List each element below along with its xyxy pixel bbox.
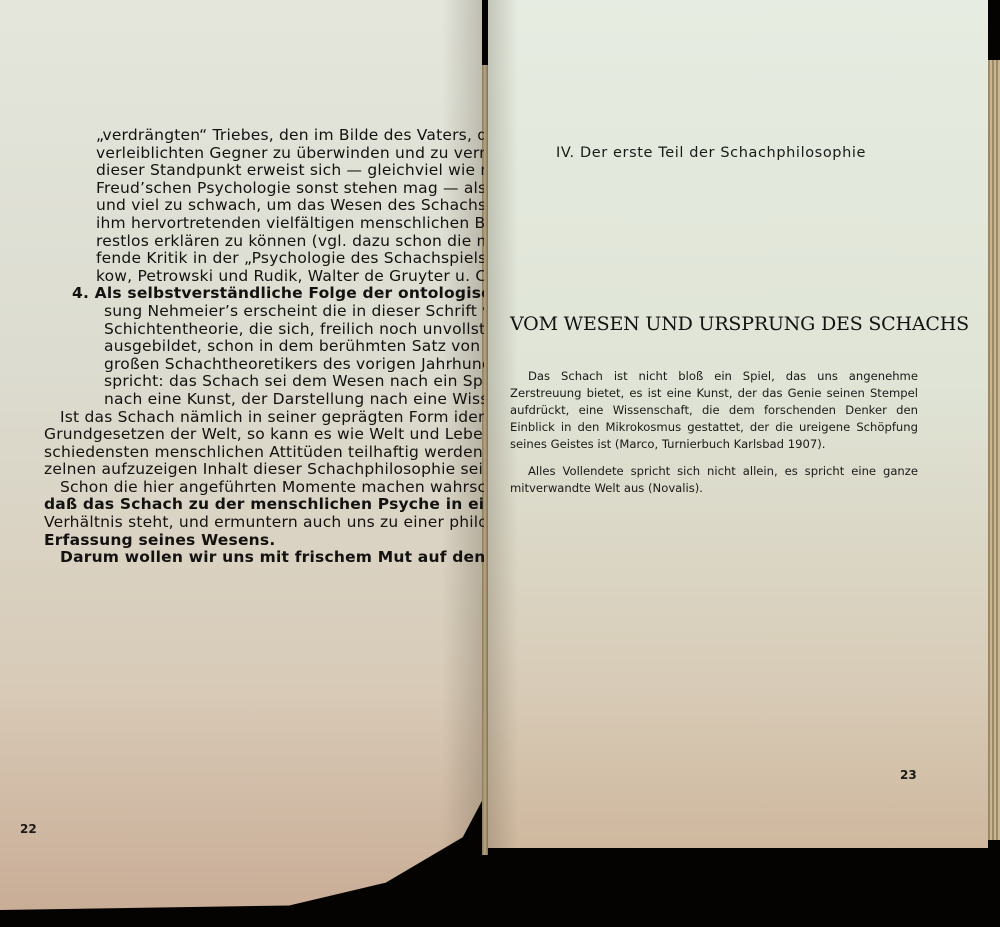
text-line: Freud’schen Psychologie sonst stehen mag… (44, 180, 484, 198)
page-number-right: 23 (900, 768, 917, 782)
text-line: Schichtentheorie, die sich, freilich noc… (44, 321, 484, 339)
text-line: kow, Petrowski und Rudik, Walter de Gruy… (44, 268, 484, 286)
text-line: spricht: das Schach sei dem Wesen nach e… (44, 373, 484, 391)
text-line: zelnen aufzuzeigen Inhalt dieser Schachp… (44, 461, 484, 479)
text-line: schiedensten menschlichen Attitüden teil… (44, 444, 484, 462)
text-line: daß das Schach zu der menschlichen Psych… (44, 496, 484, 514)
text-line: restlos erklären zu können (vgl. dazu sc… (44, 233, 484, 251)
page-number-left: 22 (20, 822, 37, 836)
text-line: ausgebildet, schon in dem berühmten Satz… (44, 338, 484, 356)
text-line: verleiblichten Gegner zu überwinden und … (44, 145, 484, 163)
section-title: VOM WESEN UND URSPRUNG DES SCHACHS (510, 313, 969, 335)
page-edges (988, 60, 1000, 840)
text-line: sung Nehmeier’s erscheint die in dieser … (44, 303, 484, 321)
quote-marco: Das Schach ist nicht bloß ein Spiel, das… (510, 368, 918, 453)
text-line: „verdrängten“ Triebes, den im Bilde des … (44, 127, 484, 145)
text-line: fende Kritik in der „Psychologie des Sch… (44, 250, 484, 268)
text-line: nach eine Kunst, der Darstellung nach ei… (44, 391, 484, 409)
text-line: Verhältnis steht, und ermuntern auch uns… (44, 514, 484, 532)
text-line: ihm hervortretenden vielfältigen menschl… (44, 215, 484, 233)
right-page-text: Das Schach ist nicht bloß ein Spiel, das… (510, 368, 918, 507)
text-line: großen Schachtheoretikers des vorigen Ja… (44, 356, 484, 374)
chapter-heading: IV. Der erste Teil der Schachphilosophie (556, 145, 866, 161)
text-line: Grundgesetzen der Welt, so kann es wie W… (44, 426, 484, 444)
text-line: Ist das Schach nämlich in seiner geprägt… (44, 409, 484, 427)
left-page-text: „verdrängten“ Triebes, den im Bilde des … (44, 127, 484, 567)
text-line: und viel zu schwach, um das Wesen des Sc… (44, 197, 484, 215)
text-line: Schon die hier angeführten Momente mache… (44, 479, 484, 497)
text-line: dieser Standpunkt erweist sich — gleichv… (44, 162, 484, 180)
quote-novalis: Alles Vollendete spricht sich nicht alle… (510, 463, 918, 497)
text-line: 4. Als selbstverständliche Folge der ont… (44, 285, 484, 303)
text-line: Darum wollen wir uns mit frischem Mut au… (44, 549, 484, 567)
text-line: Erfassung seines Wesens. (44, 532, 484, 550)
